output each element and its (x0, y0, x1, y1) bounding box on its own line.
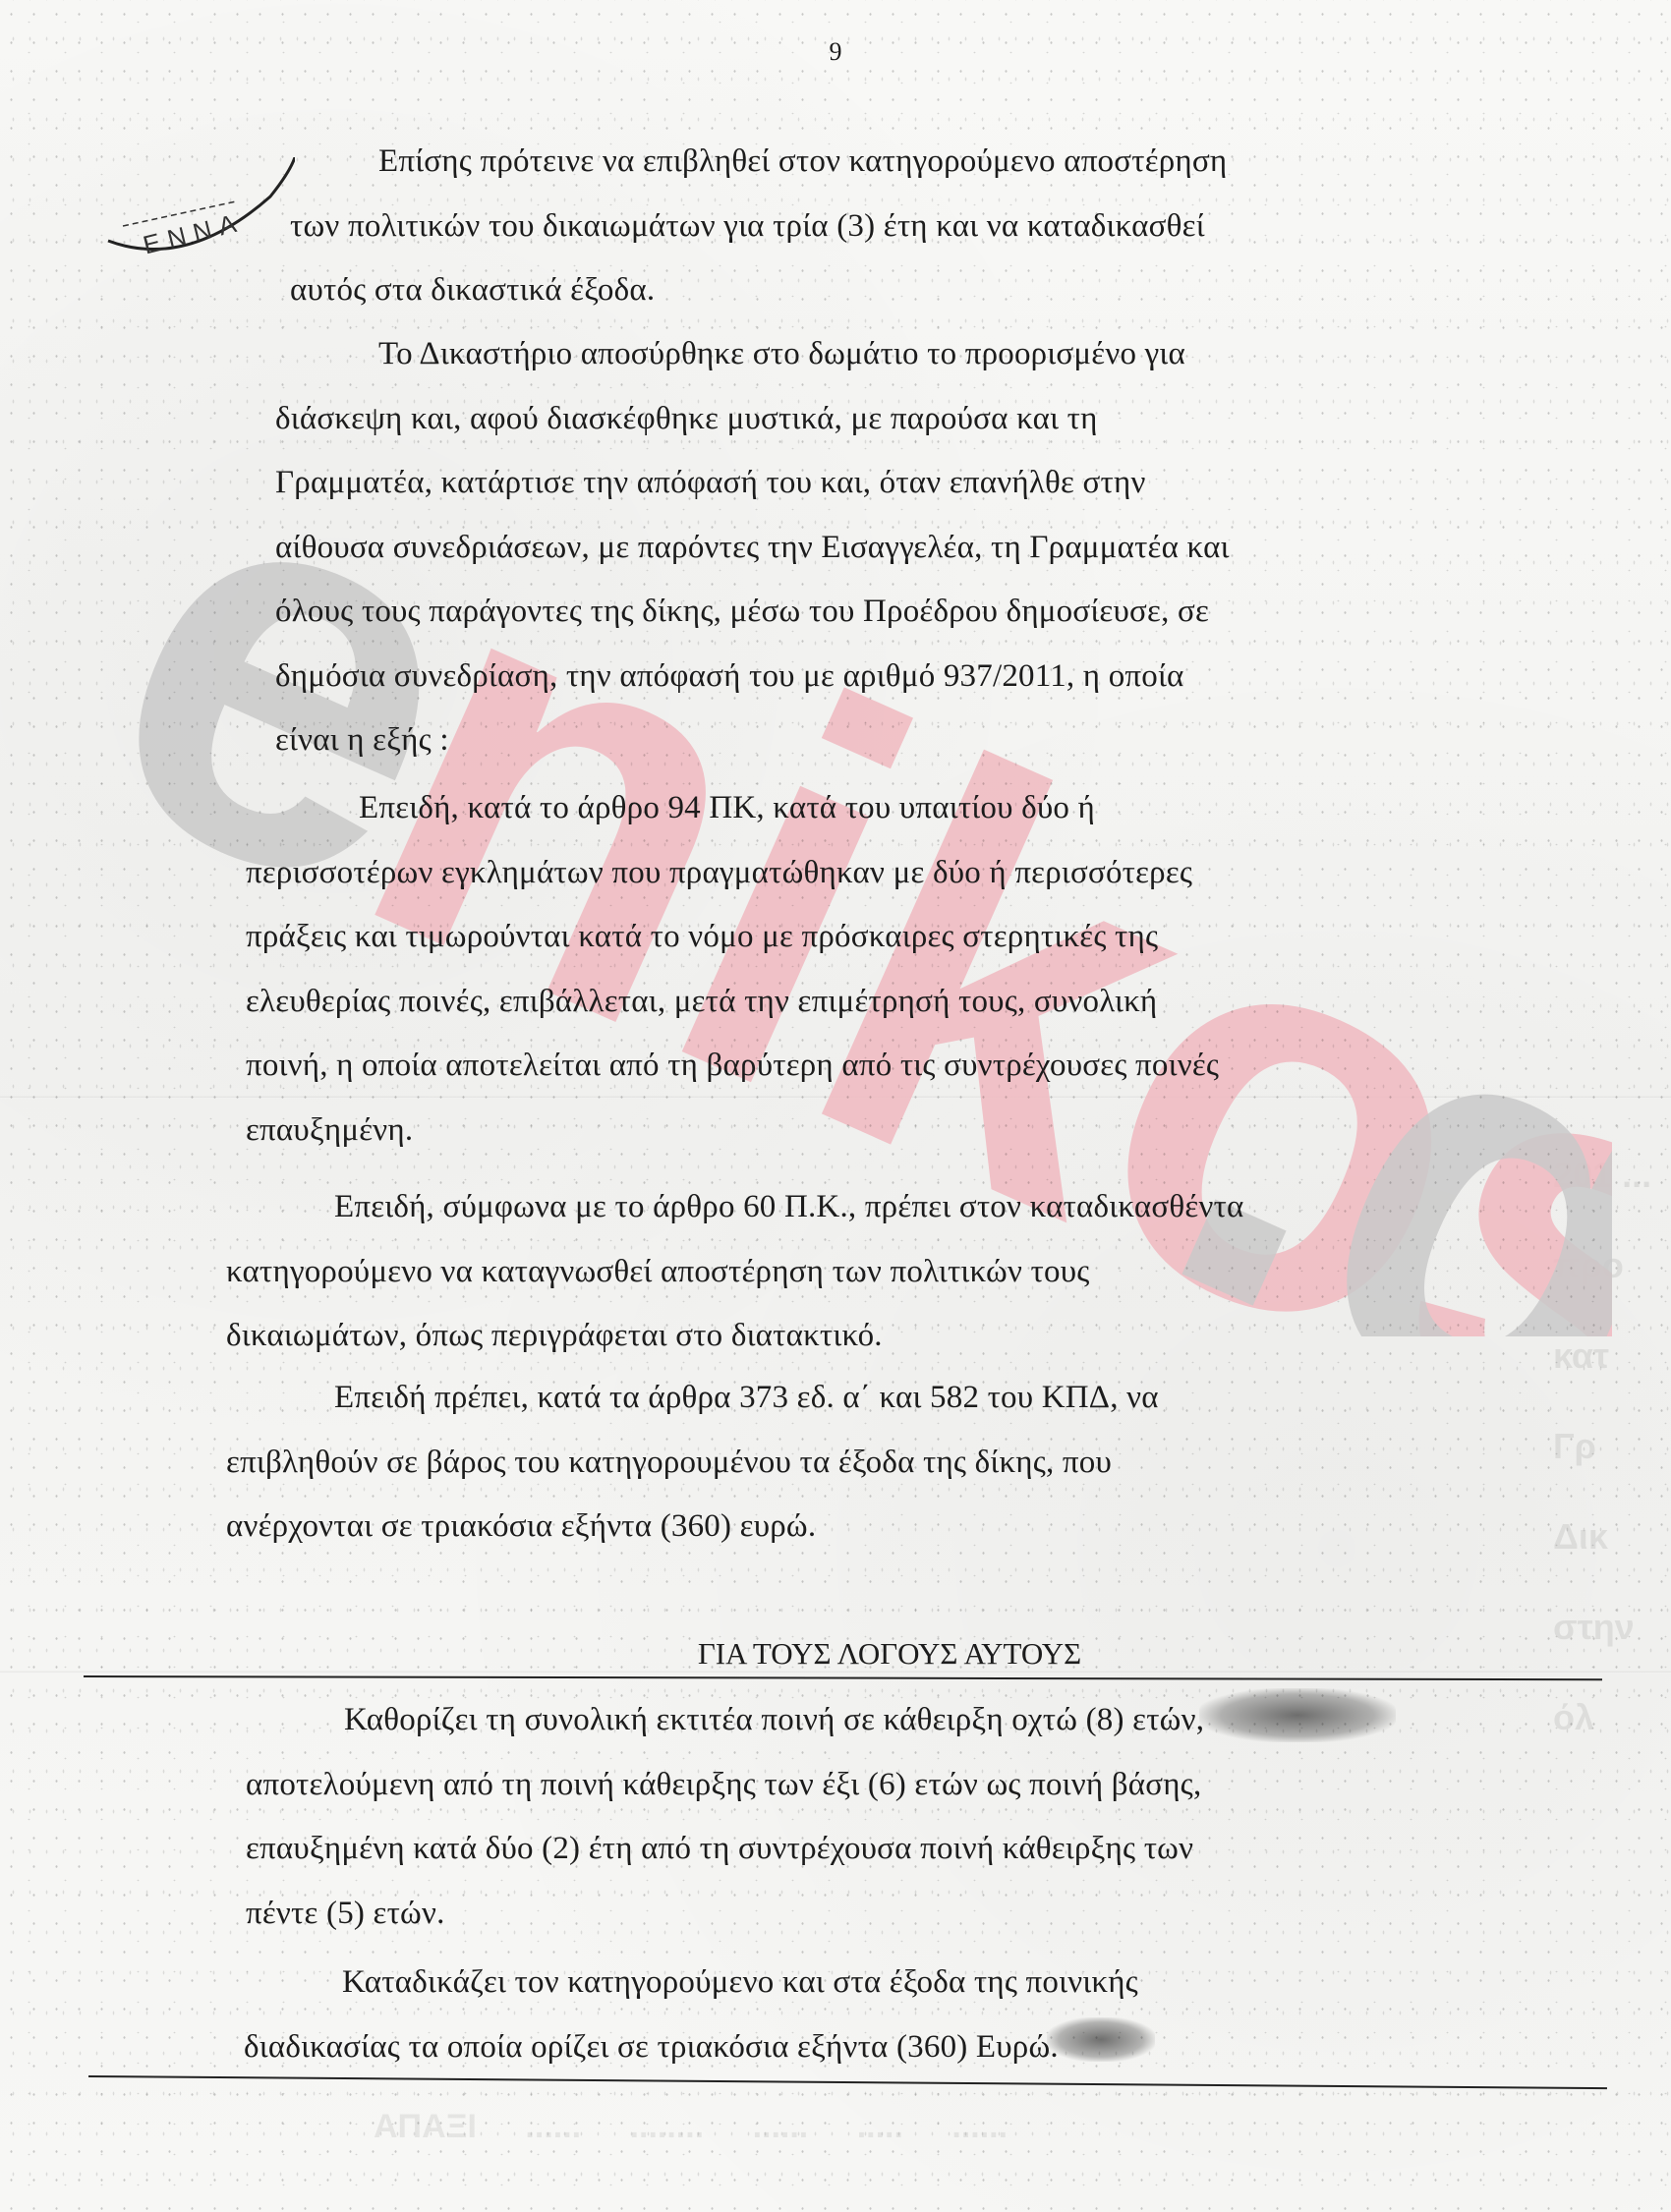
text-line: επαυξημένη. (246, 1099, 1415, 1163)
text-line: ελευθερίας ποινές, επιβάλλεται, μετά την… (246, 970, 1415, 1035)
text-line: Επειδή πρέπει, κατά τα άρθρα 373 εδ. α΄ … (226, 1366, 1415, 1431)
text-line: επιβληθούν σε βάρος του κατηγορουμένου τ… (226, 1431, 1415, 1496)
page-number: 9 (0, 37, 1671, 67)
ink-stamp: ΕΝΝΑ (98, 157, 295, 275)
paragraph-prosecutor-proposal: Επίσης πρότεινε να επιβληθεί στον κατηγο… (270, 130, 1420, 323)
paragraph-court-costs: Επειδή πρέπει, κατά τα άρθρα 373 εδ. α΄ … (226, 1366, 1415, 1560)
paragraph-article-94: Επειδή, κατά το άρθρο 94 ΠΚ, κατά του υπ… (246, 776, 1415, 1163)
text-line: των πολιτικών του δικαιωμάτων για τρία (… (290, 195, 1420, 259)
text-line: αυτός στα δικαστικά έξοδα. (290, 258, 1420, 323)
text-line: Καταδικάζει τον κατηγορούμενο και στα έξ… (244, 1951, 1389, 2015)
text-line: Επίσης πρότεινε να επιβληθεί στον κατηγο… (270, 130, 1420, 195)
text-line: Γραμματέα, κατάρτισε την απόφασή του και… (275, 451, 1420, 516)
text-line: κατηγορούμενο να καταγνωσθεί αποστέρηση … (226, 1240, 1430, 1305)
text-line: επαυξημένη κατά δύο (2) έτη από τη συντρ… (246, 1817, 1415, 1882)
ruling-heading-text: ΓΙΑ ΤΟΥΣ ΛΟΓΟΥΣ ΑΥΤΟΥΣ (698, 1636, 1081, 1672)
text-line: πέντε (5) ετών. (246, 1882, 1415, 1947)
text-line: Επειδή, κατά το άρθρο 94 ΠΚ, κατά του υπ… (246, 776, 1415, 841)
ink-smudge (1047, 2017, 1155, 2062)
ruling-heading: ΓΙΑ ΤΟΥΣ ΛΟΓΟΥΣ ΑΥΤΟΥΣ (0, 1636, 1671, 1672)
text-line: Επειδή, σύμφωνα με το άρθρο 60 Π.Κ., πρέ… (226, 1175, 1430, 1240)
text-line: πράξεις και τιμωρούνται κατά το νόμο με … (246, 905, 1415, 970)
text-line: διαδικασίας τα οποία ορίζει σε τριακόσια… (244, 2015, 1389, 2080)
text-line: δικαιωμάτων, όπως περιγράφεται στο διατα… (226, 1304, 1430, 1369)
svg-text:ΕΝΝΑ: ΕΝΝΑ (140, 206, 246, 259)
ink-smudge (1199, 1688, 1396, 1742)
text-line: περισσοτέρων εγκλημάτων που πραγματώθηκα… (246, 841, 1415, 906)
text-line: όλους τους παράγοντες της δίκης, μέσω το… (275, 580, 1420, 645)
text-line: είναι η εξής : (275, 709, 1420, 773)
paragraph-court-deliberation: Το Δικαστήριο αποσύρθηκε στο δωμάτιο το … (275, 322, 1420, 773)
text-line: διάσκεψη και, αφού διασκέφθηκε μυστικά, … (275, 387, 1420, 452)
paragraph-article-60: Επειδή, σύμφωνα με το άρθρο 60 Π.Κ., πρέ… (226, 1175, 1430, 1369)
paragraph-costs-order: Καταδικάζει τον κατηγορούμενο και στα έξ… (244, 1951, 1389, 2079)
reverse-side-showthrough-bottom: ΑΠΑΞΙ ...... ........ ...... ..... .....… (374, 2108, 1008, 2146)
text-line: Το Δικαστήριο αποσύρθηκε στο δωμάτιο το … (275, 322, 1420, 387)
text-line: αποτελούμενη από τη ποινή κάθειρξης των … (246, 1753, 1415, 1818)
text-line: αίθουσα συνεδριάσεων, με παρόντες την Ει… (275, 516, 1420, 581)
text-line: ποινή, η οποία αποτελείται από τη βαρύτε… (246, 1034, 1415, 1099)
text-line: δημόσια συνεδρίαση, την απόφασή του με α… (275, 645, 1420, 709)
text-line: ανέρχονται σε τριακόσια εξήντα (360) ευρ… (226, 1495, 1415, 1560)
